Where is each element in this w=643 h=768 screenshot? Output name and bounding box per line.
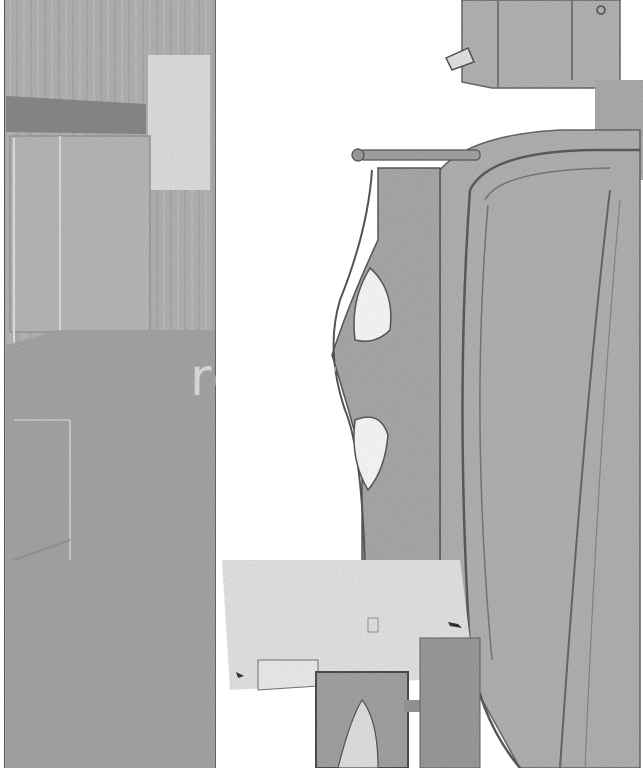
dresser <box>446 0 620 88</box>
left-panel <box>4 0 216 768</box>
photo-scene <box>0 0 643 768</box>
